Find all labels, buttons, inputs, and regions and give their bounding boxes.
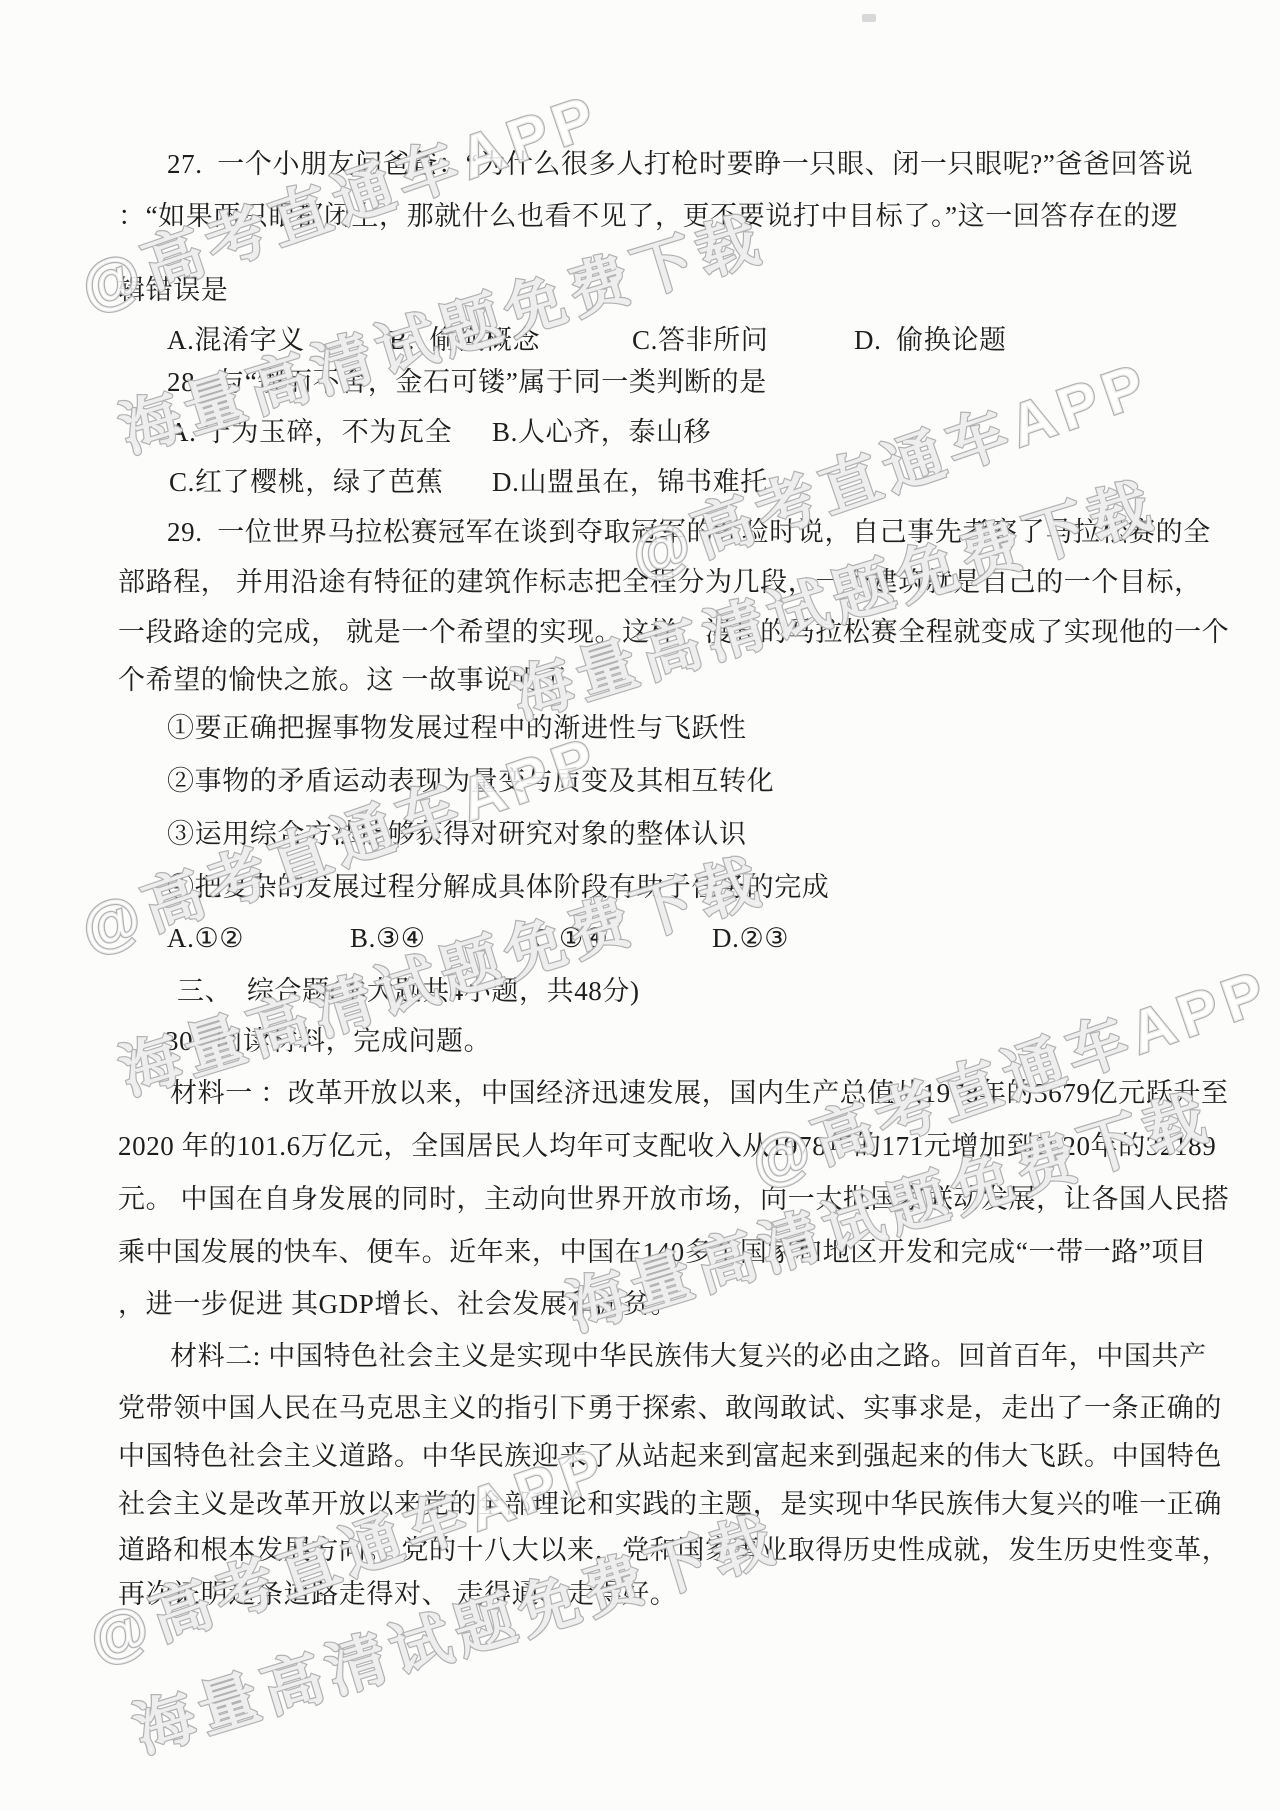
q27-line-2: ：“如果两只眼都闭上，那就什么也看不见了，更不要说打中目标了。”这一回答存在的逻 <box>118 200 1178 232</box>
exam-paper-page: 27. 一个小朋友问爸爸：“为什么很多人打枪时要睁一只眼、闭一只眼呢?”爸爸回答… <box>0 0 1280 1811</box>
q29-line-4: 个希望的愉快之旅。这 一故事说明了 <box>118 664 567 696</box>
q30-stem: 30. 阅读材料，完成问题。 <box>165 1025 491 1057</box>
q30-material2-line-6: 再次证明这条道路走得对、 走得通、走得好。 <box>118 1578 677 1610</box>
q28-stem: 28. 与“锲而不舍，金石可镂”属于同一类判断的是 <box>167 366 767 398</box>
q27-option-a: A.混淆字义 <box>167 324 305 356</box>
q29-line-2: 部路程， 并用沿途有特征的建筑作标志把全程分为几段，一个建筑就是自己的一个目标， <box>118 566 1202 598</box>
q30-material2-line-2: 党带领中国人民在马克思主义的指引下勇于探索、敢闯敢试、实事求是，走出了一条正确的 <box>118 1392 1222 1424</box>
q29-line-1: 29. 一位世界马拉松赛冠军在谈到夺取冠军的经验时说，自己事先考察了马拉松赛的全 <box>167 516 1211 548</box>
section3-heading: 三、 综合题(本大题共4小题，共48分) <box>177 975 640 1007</box>
scan-artifact <box>862 14 876 22</box>
q27-option-d: D. 偷换论题 <box>854 324 1007 356</box>
q27-line-1: 27. 一个小朋友问爸爸：“为什么很多人打枪时要睁一只眼、闭一只眼呢?”爸爸回答… <box>167 148 1193 180</box>
q29-option-a: A.①② <box>167 922 244 954</box>
q28-option-a: A. 宁为玉碎，不为瓦全 <box>169 416 452 448</box>
q30-material2-line-1: 材料二: 中国特色社会主义是实现中华民族伟大复兴的必由之路。回首百年，中国共产 <box>170 1340 1207 1372</box>
q28-option-c: C.红了樱桃，绿了芭蕉 <box>169 466 443 498</box>
q28-option-d: D.山盟虽在，锦书难托 <box>492 466 768 498</box>
watermark-text: 海量高清试题免费下载 <box>504 470 1164 730</box>
q30-material2-line-3: 中国特色社会主义道路。中华民族迎来了从站起来到富起来到强起来的伟大飞跃。中国特色 <box>118 1440 1222 1472</box>
q27-option-b: B. 偷换概念 <box>389 324 540 356</box>
q29-statement-2: ②事物的矛盾运动表现为量变与质变及其相互转化 <box>167 765 774 797</box>
q29-line-3: 一段路途的完成， 就是一个希望的实现。这样，漫长的马拉松赛全程就变成了实现他的一… <box>118 616 1229 648</box>
q30-material1-line-1: 材料一 ：改革开放以来，中国经济迅速发展，国内生产总值从1978年的3679亿元… <box>170 1077 1229 1109</box>
q29-option-d: D.②③ <box>712 922 789 954</box>
q29-statement-4: ④把复杂的发展过程分解成具体阶段有助于任务的完成 <box>167 871 829 903</box>
q30-material1-line-3: 元。 中国在自身发展的同时，主动向世界开放市场，向一大批国家联动发展，让各国人民… <box>118 1183 1229 1215</box>
q30-material1-line-4: 乘中国发展的快车、便车。近年来，中国在140多个国家和地区开发和完成“一带一路”… <box>118 1236 1207 1268</box>
q29-option-b: B.③④ <box>350 922 426 954</box>
q29-statement-3: ③运用综合方法能够获得对研究对象的整体认识 <box>167 818 747 850</box>
q27-option-c: C.答非所问 <box>632 324 768 356</box>
q27-line-3: 辑错误是 <box>118 274 228 306</box>
q30-material1-line-5: ，进一步促进 其GDP增长、社会发展和减贫。 <box>118 1288 678 1320</box>
q30-material1-line-2: 2020 年的101.6万亿元，全国居民人均年可支配收入从1978年的171元增… <box>118 1130 1216 1162</box>
q28-option-b: B.人心齐，泰山移 <box>492 416 711 448</box>
q29-statement-1: ①要正确把握事物发展过程中的渐进性与飞跃性 <box>167 712 747 744</box>
q30-material2-line-4: 社会主义是改革开放以来党的全部理论和实践的主题，是实现中华民族伟大复兴的唯一正确 <box>118 1488 1222 1520</box>
q29-option-c: C.①④ <box>533 922 609 954</box>
q30-material2-line-5: 道路和根本发展方向。 党的十八大以来，党和国家事业取得历史性成就，发生历史性变革… <box>118 1534 1229 1566</box>
